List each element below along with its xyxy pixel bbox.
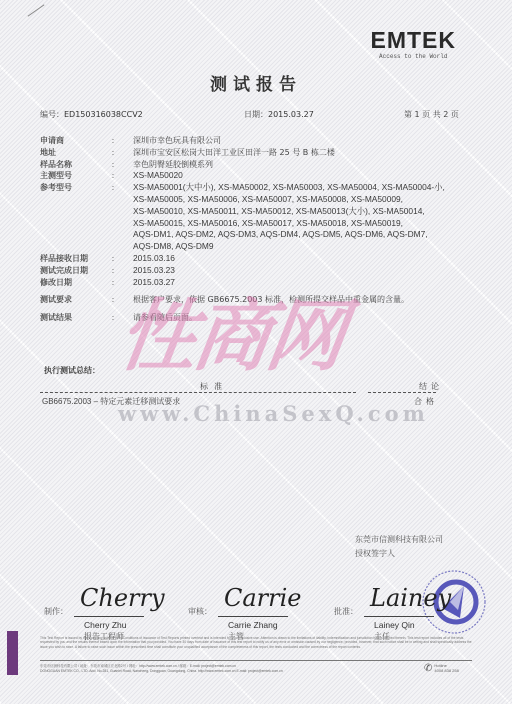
logo-name: EMTEK	[371, 28, 457, 52]
report-date-value: 2015.03.27	[268, 110, 314, 119]
signer-name: Carrie Zhang	[228, 620, 278, 630]
field-label: 地址	[40, 147, 93, 159]
field-received-date: 样品接收日期 : 2015.03.16	[40, 253, 480, 265]
handwritten-signature: Cherry	[80, 584, 165, 612]
signer-role: 批准：	[334, 606, 358, 617]
handwritten-signature: Lainey	[370, 584, 451, 612]
colon: :	[93, 312, 133, 324]
field-test-requirement: 测试要求 : 根据客户要求，依据 GB6675.2003 标准，检测所提交样品中…	[40, 294, 480, 306]
colon: :	[93, 147, 133, 159]
summary-row-standard: GB6675.2003 – 特定元素迁移测试要求	[42, 396, 180, 407]
field-label: 申请商	[40, 135, 93, 147]
field-value: 深圳市宝安区松岗大田洋工业区田洋一路 25 号 B 栋二楼	[133, 147, 480, 159]
hotline: ✆ Hotline 4008 838 258	[424, 663, 459, 673]
field-value: 2015.03.16	[133, 253, 480, 265]
company-name: 东莞市信测科技有限公司	[355, 533, 443, 547]
report-date-label: 日期：	[244, 110, 268, 119]
reference-models-line: AQS-DM8, AQS-DM9	[133, 241, 480, 253]
field-applicant: 申请商 : 深圳市幸色玩具有限公司	[40, 135, 480, 147]
colon: :	[93, 277, 133, 289]
field-value: 幸色阴臀延胶倒模系列	[133, 159, 480, 171]
field-revised-date: 修改日期 : 2015.03.27	[40, 277, 480, 289]
reference-models-line: XS-MA50005, XS-MA50006, XS-MA50007, XS-M…	[133, 194, 480, 206]
signer-role: 审核：	[188, 606, 212, 617]
reference-models-list: XS-MA50001(大中小), XS-MA50002, XS-MA50003,…	[133, 182, 480, 253]
signature-line	[74, 616, 144, 617]
authorized-signatory-label: 授权签字人	[355, 547, 443, 561]
colon: :	[93, 253, 133, 265]
side-color-bar	[7, 631, 18, 675]
field-completed-date: 测试完成日期 : 2015.03.23	[40, 265, 480, 277]
signature-line	[364, 616, 434, 617]
page-count: 第 1 页 共 2 页	[404, 109, 459, 120]
report-fields: 申请商 : 深圳市幸色玩具有限公司 地址 : 深圳市宝安区松岗大田洋工业区田洋一…	[40, 135, 480, 324]
field-label: 测试要求	[40, 294, 93, 306]
field-sample-name: 样品名称 : 幸色阴臀延胶倒模系列	[40, 159, 480, 171]
field-label: 测试结果	[40, 312, 93, 324]
footer-address: 东莞市信测科技有限公司 / 地址：东莞市南城区宏北路2号 / 网址：http:/…	[40, 664, 400, 674]
handwritten-signature: Carrie	[224, 584, 302, 612]
field-label: 样品名称	[40, 159, 93, 171]
report-title: 测试报告	[0, 70, 512, 95]
report-number-label: 编号：	[40, 110, 64, 119]
colon: :	[93, 170, 133, 182]
field-label: 参考型号	[40, 182, 93, 253]
colon: :	[93, 182, 133, 253]
summary-header-standard: 标准	[200, 381, 228, 392]
reference-models-line: XS-MA50001(大中小), XS-MA50002, XS-MA50003,…	[133, 182, 480, 194]
colon: :	[93, 265, 133, 277]
colon: :	[93, 294, 133, 306]
reference-models-line: XS-MA50015, XS-MA50016, XS-MA50017, XS-M…	[133, 218, 480, 230]
footer-divider	[40, 660, 472, 661]
field-label: 测试完成日期	[40, 265, 93, 277]
field-address: 地址 : 深圳市宝安区松岗大田洋工业区田洋一路 25 号 B 栋二楼	[40, 147, 480, 159]
summary-header-conclusion: 结论	[419, 381, 443, 392]
field-value: XS-MA50020	[133, 170, 480, 182]
field-value: 请参看随后页面。	[133, 312, 480, 324]
emtek-logo: EMTEK Access to the World	[371, 28, 457, 60]
field-label: 样品接收日期	[40, 253, 93, 265]
test-report-page: EMTEK Access to the World 测试报告 编号：ED1503…	[0, 0, 512, 704]
field-value: 2015.03.23	[133, 265, 480, 277]
field-value: 深圳市幸色玩具有限公司	[133, 135, 480, 147]
divider	[40, 392, 356, 393]
field-value: 根据客户要求，依据 GB6675.2003 标准，检测所提交样品中重金属的含量。	[133, 294, 480, 306]
reference-models-line: XS-MA50010, XS-MA50011, XS-MA50012, XS-M…	[133, 206, 480, 218]
signer-name: Cherry Zhu	[84, 620, 127, 630]
phone-icon: ✆	[424, 666, 432, 671]
report-number-value: ED150316038CCV2	[64, 110, 143, 119]
signature-line	[218, 616, 288, 617]
disclaimer-text: This Test Report is issued by the Compan…	[40, 636, 476, 649]
reference-models-line: AQS-DM1, AQS-DM2, AQS-DM3, AQS-DM4, AQS-…	[133, 229, 480, 241]
company-signoff: 东莞市信测科技有限公司 授权签字人	[355, 533, 443, 561]
report-date: 日期：2015.03.27	[244, 109, 314, 120]
summary-label: 执行测试总结：	[44, 365, 100, 376]
corner-mark	[28, 4, 45, 16]
field-test-result: 测试结果 : 请参看随后页面。	[40, 312, 480, 324]
field-reference-models: 参考型号 : XS-MA50001(大中小), XS-MA50002, XS-M…	[40, 182, 480, 253]
field-label: 主测型号	[40, 170, 93, 182]
signer-role: 制作：	[44, 606, 68, 617]
divider	[368, 392, 436, 393]
summary-row-conclusion: 合格	[414, 396, 438, 407]
field-value: 2015.03.27	[133, 277, 480, 289]
colon: :	[93, 159, 133, 171]
hotline-number: 4008 838 258	[434, 668, 458, 673]
field-label: 修改日期	[40, 277, 93, 289]
logo-tagline: Access to the World	[371, 53, 457, 60]
report-number: 编号：ED150316038CCV2	[40, 109, 143, 120]
colon: :	[93, 135, 133, 147]
signer-name: Lainey Qin	[374, 620, 415, 630]
field-main-model: 主测型号 : XS-MA50020	[40, 170, 480, 182]
footer-address-en: DONGGUAN EMTEK CO., LTD. Add: No.281, Gu…	[40, 669, 400, 674]
